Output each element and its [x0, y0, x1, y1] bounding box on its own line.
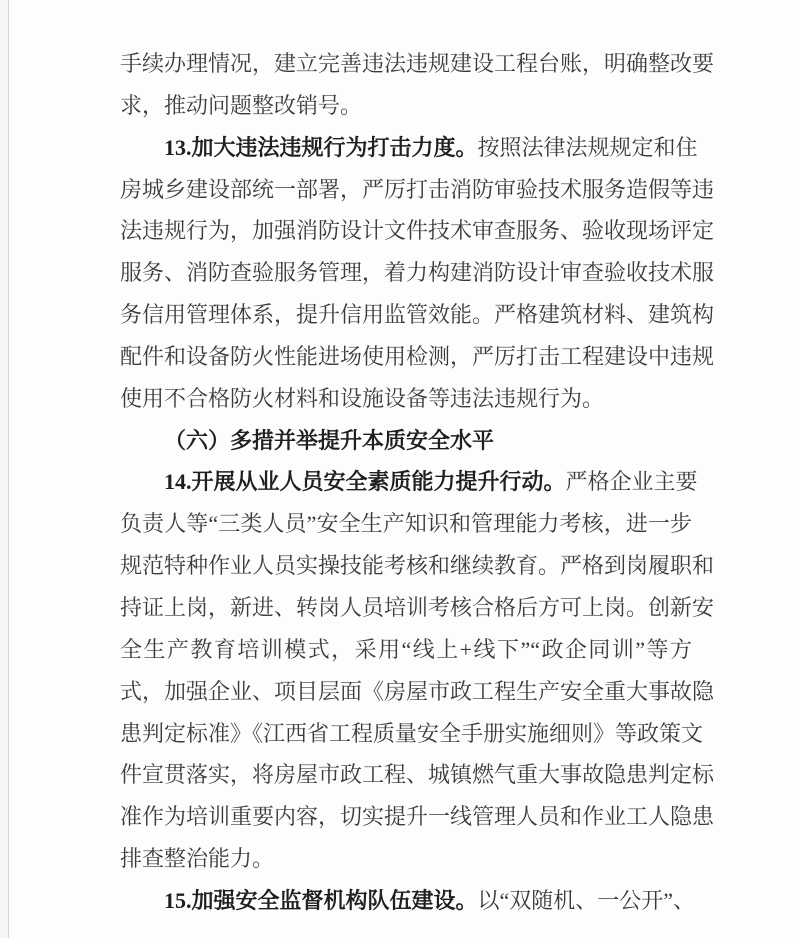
text-line: 求，推动问题整改销号。: [120, 85, 692, 127]
text-line: 使用不合格防火材料和设施设备等违法违规行为。: [120, 378, 692, 420]
body-text: 排查整治能力。: [120, 846, 274, 871]
text-line: 全生产教育培训模式，采用“线上+线下”“政企同训”等方: [120, 629, 692, 671]
body-text: 求，推动问题整改销号。: [120, 93, 362, 118]
body-text: 使用不合格防火材料和设施设备等违法违规行为。: [120, 386, 604, 411]
body-text: 患判定标准》《江西省工程质量安全手册实施细则》等政策文: [120, 721, 703, 746]
body-text: 法违规行为，加强消防设计文件技术审查服务、验收现场评定: [120, 218, 714, 243]
body-text: 手续办理情况，建立完善违法违规建设工程台账，明确整改要: [120, 51, 714, 76]
bold-heading-text: 15.加强安全监督机构队伍建设。: [164, 888, 478, 913]
text-line: （六）多措并举提升本质安全水平: [120, 420, 692, 462]
body-text: 服务、消防查验服务管理，着力构建消防设计审查验收技术服: [120, 260, 714, 285]
text-line: 13.加大违法违规行为打击力度。按照法律法规规定和住: [120, 127, 692, 169]
text-line: 负责人等“三类人员”安全生产知识和管理能力考核，进一步: [120, 503, 692, 545]
text-line: 服务、消防查验服务管理，着力构建消防设计审查验收技术服: [120, 252, 692, 294]
body-text: 负责人等“三类人员”安全生产知识和管理能力考核，进一步: [120, 511, 692, 536]
text-line: 15.加强安全监督机构队伍建设。以“双随机、一公开”、: [120, 880, 692, 922]
body-text: 式，加强企业、项目层面《房屋市政工程生产安全重大事故隐: [120, 679, 714, 704]
body-text: 持证上岗，新进、转岗人员培训考核合格后方可上岗。创新安: [120, 595, 714, 620]
body-text: 件宣贯落实，将房屋市政工程、城镇燃气重大事故隐患判定标: [120, 762, 714, 787]
text-line: 法违规行为，加强消防设计文件技术审查服务、验收现场评定: [120, 210, 692, 252]
text-line: 准作为培训重要内容，切实提升一线管理人员和作业工人隐患: [120, 796, 692, 838]
text-line: 患判定标准》《江西省工程质量安全手册实施细则》等政策文: [120, 713, 692, 755]
text-line: 件宣贯落实，将房屋市政工程、城镇燃气重大事故隐患判定标: [120, 754, 692, 796]
body-text: 以“双随机、一公开”、: [478, 888, 696, 913]
bold-heading-text: （六）多措并举提升本质安全水平: [164, 428, 494, 453]
bold-heading-text: 14.开展从业人员安全素质能力提升行动。: [164, 469, 566, 494]
body-text: 务信用管理体系，提升信用监管效能。严格建筑材料、建筑构: [120, 302, 714, 327]
text-line: 排查整治能力。: [120, 838, 692, 880]
text-line: 房城乡建设部统一部署，严厉打击消防审验技术服务造假等违: [120, 169, 692, 211]
body-text: 配件和设备防火性能进场使用检测，严厉打击工程建设中违规: [120, 344, 714, 369]
body-text: 按照法律法规规定和住: [478, 135, 698, 160]
scanned-document-page: 手续办理情况，建立完善违法违规建设工程台账，明确整改要求，推动问题整改销号。13…: [0, 0, 800, 938]
text-line: 持证上岗，新进、转岗人员培训考核合格后方可上岗。创新安: [120, 587, 692, 629]
body-text: 全生产教育培训模式，采用“线上+线下”“政企同训”等方: [120, 637, 692, 662]
scan-edge-shade: [0, 0, 8, 938]
text-line: 配件和设备防火性能进场使用检测，严厉打击工程建设中违规: [120, 336, 692, 378]
text-line: 手续办理情况，建立完善违法违规建设工程台账，明确整改要: [120, 43, 692, 85]
document-text: 手续办理情况，建立完善违法违规建设工程台账，明确整改要求，推动问题整改销号。13…: [120, 43, 692, 922]
text-line: 14.开展从业人员安全素质能力提升行动。严格企业主要: [120, 461, 692, 503]
body-text: 严格企业主要: [566, 469, 698, 494]
body-text: 房城乡建设部统一部署，严厉打击消防审验技术服务造假等违: [120, 177, 714, 202]
body-text: 规范特种作业人员实操技能考核和继续教育。严格到岗履职和: [120, 553, 714, 578]
scan-edge-line: [8, 0, 9, 938]
bold-heading-text: 13.加大违法违规行为打击力度。: [164, 135, 478, 160]
text-line: 务信用管理体系，提升信用监管效能。严格建筑材料、建筑构: [120, 294, 692, 336]
text-line: 式，加强企业、项目层面《房屋市政工程生产安全重大事故隐: [120, 671, 692, 713]
text-line: 规范特种作业人员实操技能考核和继续教育。严格到岗履职和: [120, 545, 692, 587]
body-text: 准作为培训重要内容，切实提升一线管理人员和作业工人隐患: [120, 804, 714, 829]
